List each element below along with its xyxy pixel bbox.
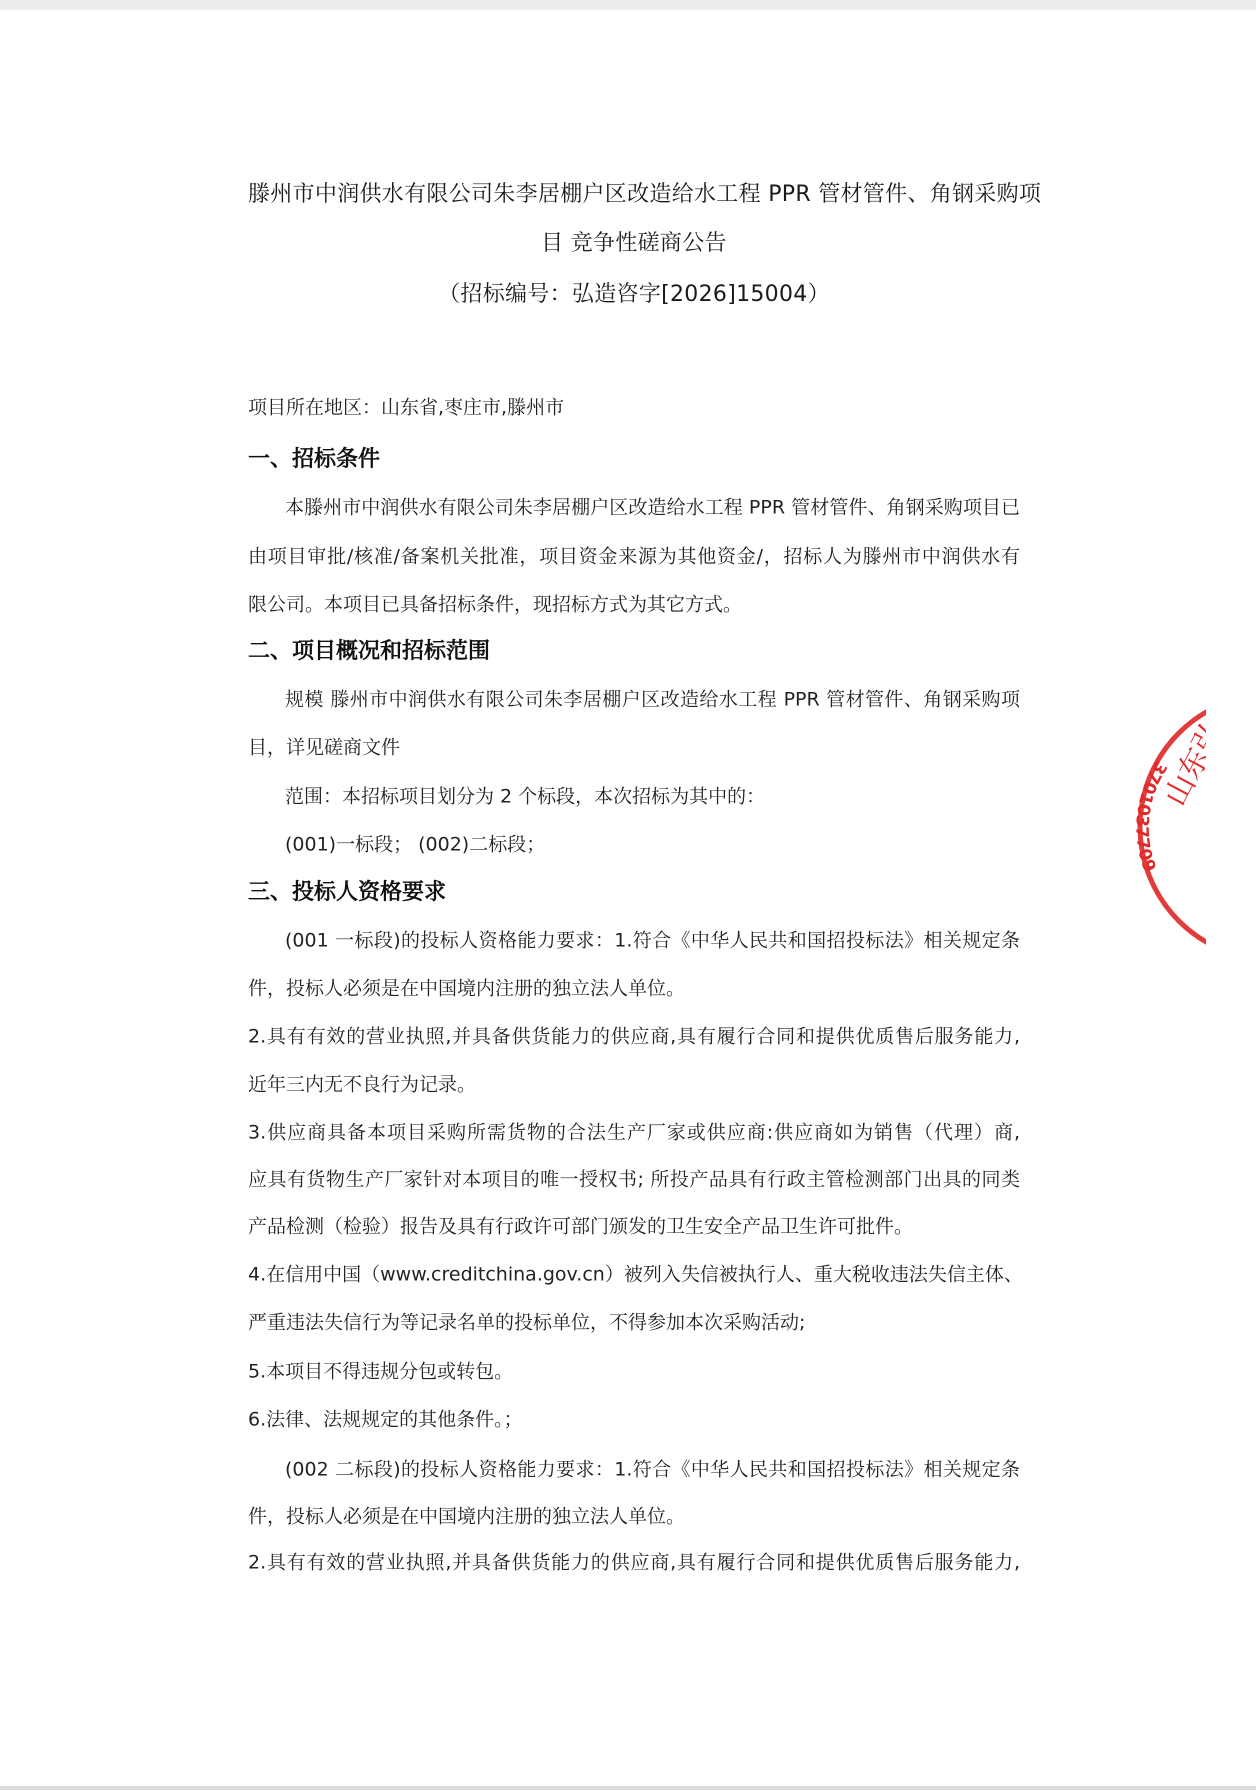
paragraph-line: 限公司。本项目已具备招标条件，现招标方式为其它方式。 xyxy=(248,596,742,615)
paragraph-line: 3.供应商具备本项目采购所需货物的合法生产厂家或供应商:供应商如为销售（代理）商… xyxy=(248,1124,1020,1143)
section-heading-project-overview: 二、项目概况和招标范围 xyxy=(248,641,490,663)
paragraph-line: 6.法律、法规规定的其他条件。； xyxy=(248,1411,523,1430)
paragraph-line: 应具有货物生产厂家针对本项目的唯一授权书; 所投产品具有行政主管检测部门出具的同… xyxy=(248,1171,1020,1190)
paragraph-line: 本滕州市中润供水有限公司朱李居棚户区改造给水工程 PPR 管材管件、角钢采购项目… xyxy=(285,499,1020,518)
title-line-2: 目 竞争性磋商公告 xyxy=(248,233,1020,255)
paragraph-line: 4.在信用中国（www.creditchina.gov.cn）被列入失信被执行人… xyxy=(248,1266,1020,1285)
bid-number: （招标编号：弘造咨字[2026]15004） xyxy=(248,284,1020,306)
paragraph-line: (001)一标段； (002)二标段； xyxy=(285,836,545,855)
paragraph-line: 5.本项目不得违规分包或转包。 xyxy=(248,1363,513,1382)
paragraph-line: 范围：本招标项目划分为 2 个标段，本次招标为其中的： xyxy=(285,788,765,807)
paragraph-line: 近年三内无不良行为记录。 xyxy=(248,1076,476,1095)
paragraph-line: 产品检测（检验）报告及具有行政许可部门颁发的卫生安全产品卫生许可批件。 xyxy=(248,1218,913,1237)
viewer-bottom-bar xyxy=(0,1786,1256,1790)
paragraph-line: 件，投标人必须是在中国境内注册的独立法人单位。 xyxy=(248,980,685,999)
section-heading-bidder-qualifications: 三、投标人资格要求 xyxy=(248,882,446,904)
paragraph-line: (002 二标段)的投标人资格能力要求：1.符合《中华人民共和国招投标法》相关规… xyxy=(285,1461,1020,1480)
section-heading-bidding-conditions: 一、招标条件 xyxy=(248,449,380,471)
paragraph-line: (001 一标段)的投标人资格能力要求：1.符合《中华人民共和国招投标法》相关规… xyxy=(285,932,1020,951)
paragraph-line: 2.具有有效的营业执照,并具备供货能力的供应商,具有履行合同和提供优质售后服务能… xyxy=(248,1028,1020,1047)
paragraph-line: 严重违法失信行为等记录名单的投标单位，不得参加本次采购活动; xyxy=(248,1314,805,1333)
project-location: 项目所在地区：山东省,枣庄市,滕州市 xyxy=(248,399,564,418)
paragraph-line: 由项目审批/核准/备案机关批准，项目资金来源为其他资金/，招标人为滕州市中润供水… xyxy=(248,548,1020,567)
paragraph-line: 2.具有有效的营业执照,并具备供货能力的供应商,具有履行合同和提供优质售后服务能… xyxy=(248,1554,1020,1573)
paragraph-line: 件，投标人必须是在中国境内注册的独立法人单位。 xyxy=(248,1508,685,1527)
paragraph-line: 规模 滕州市中润供水有限公司朱李居棚户区改造给水工程 PPR 管材管件、角钢采购… xyxy=(285,691,1020,710)
title-line-1: 滕州市中润供水有限公司朱李居棚户区改造给水工程 PPR 管材管件、角钢采购项 xyxy=(248,184,1020,206)
viewer-top-bar xyxy=(0,0,1256,10)
paragraph-line: 目，详见磋商文件 xyxy=(248,739,400,758)
